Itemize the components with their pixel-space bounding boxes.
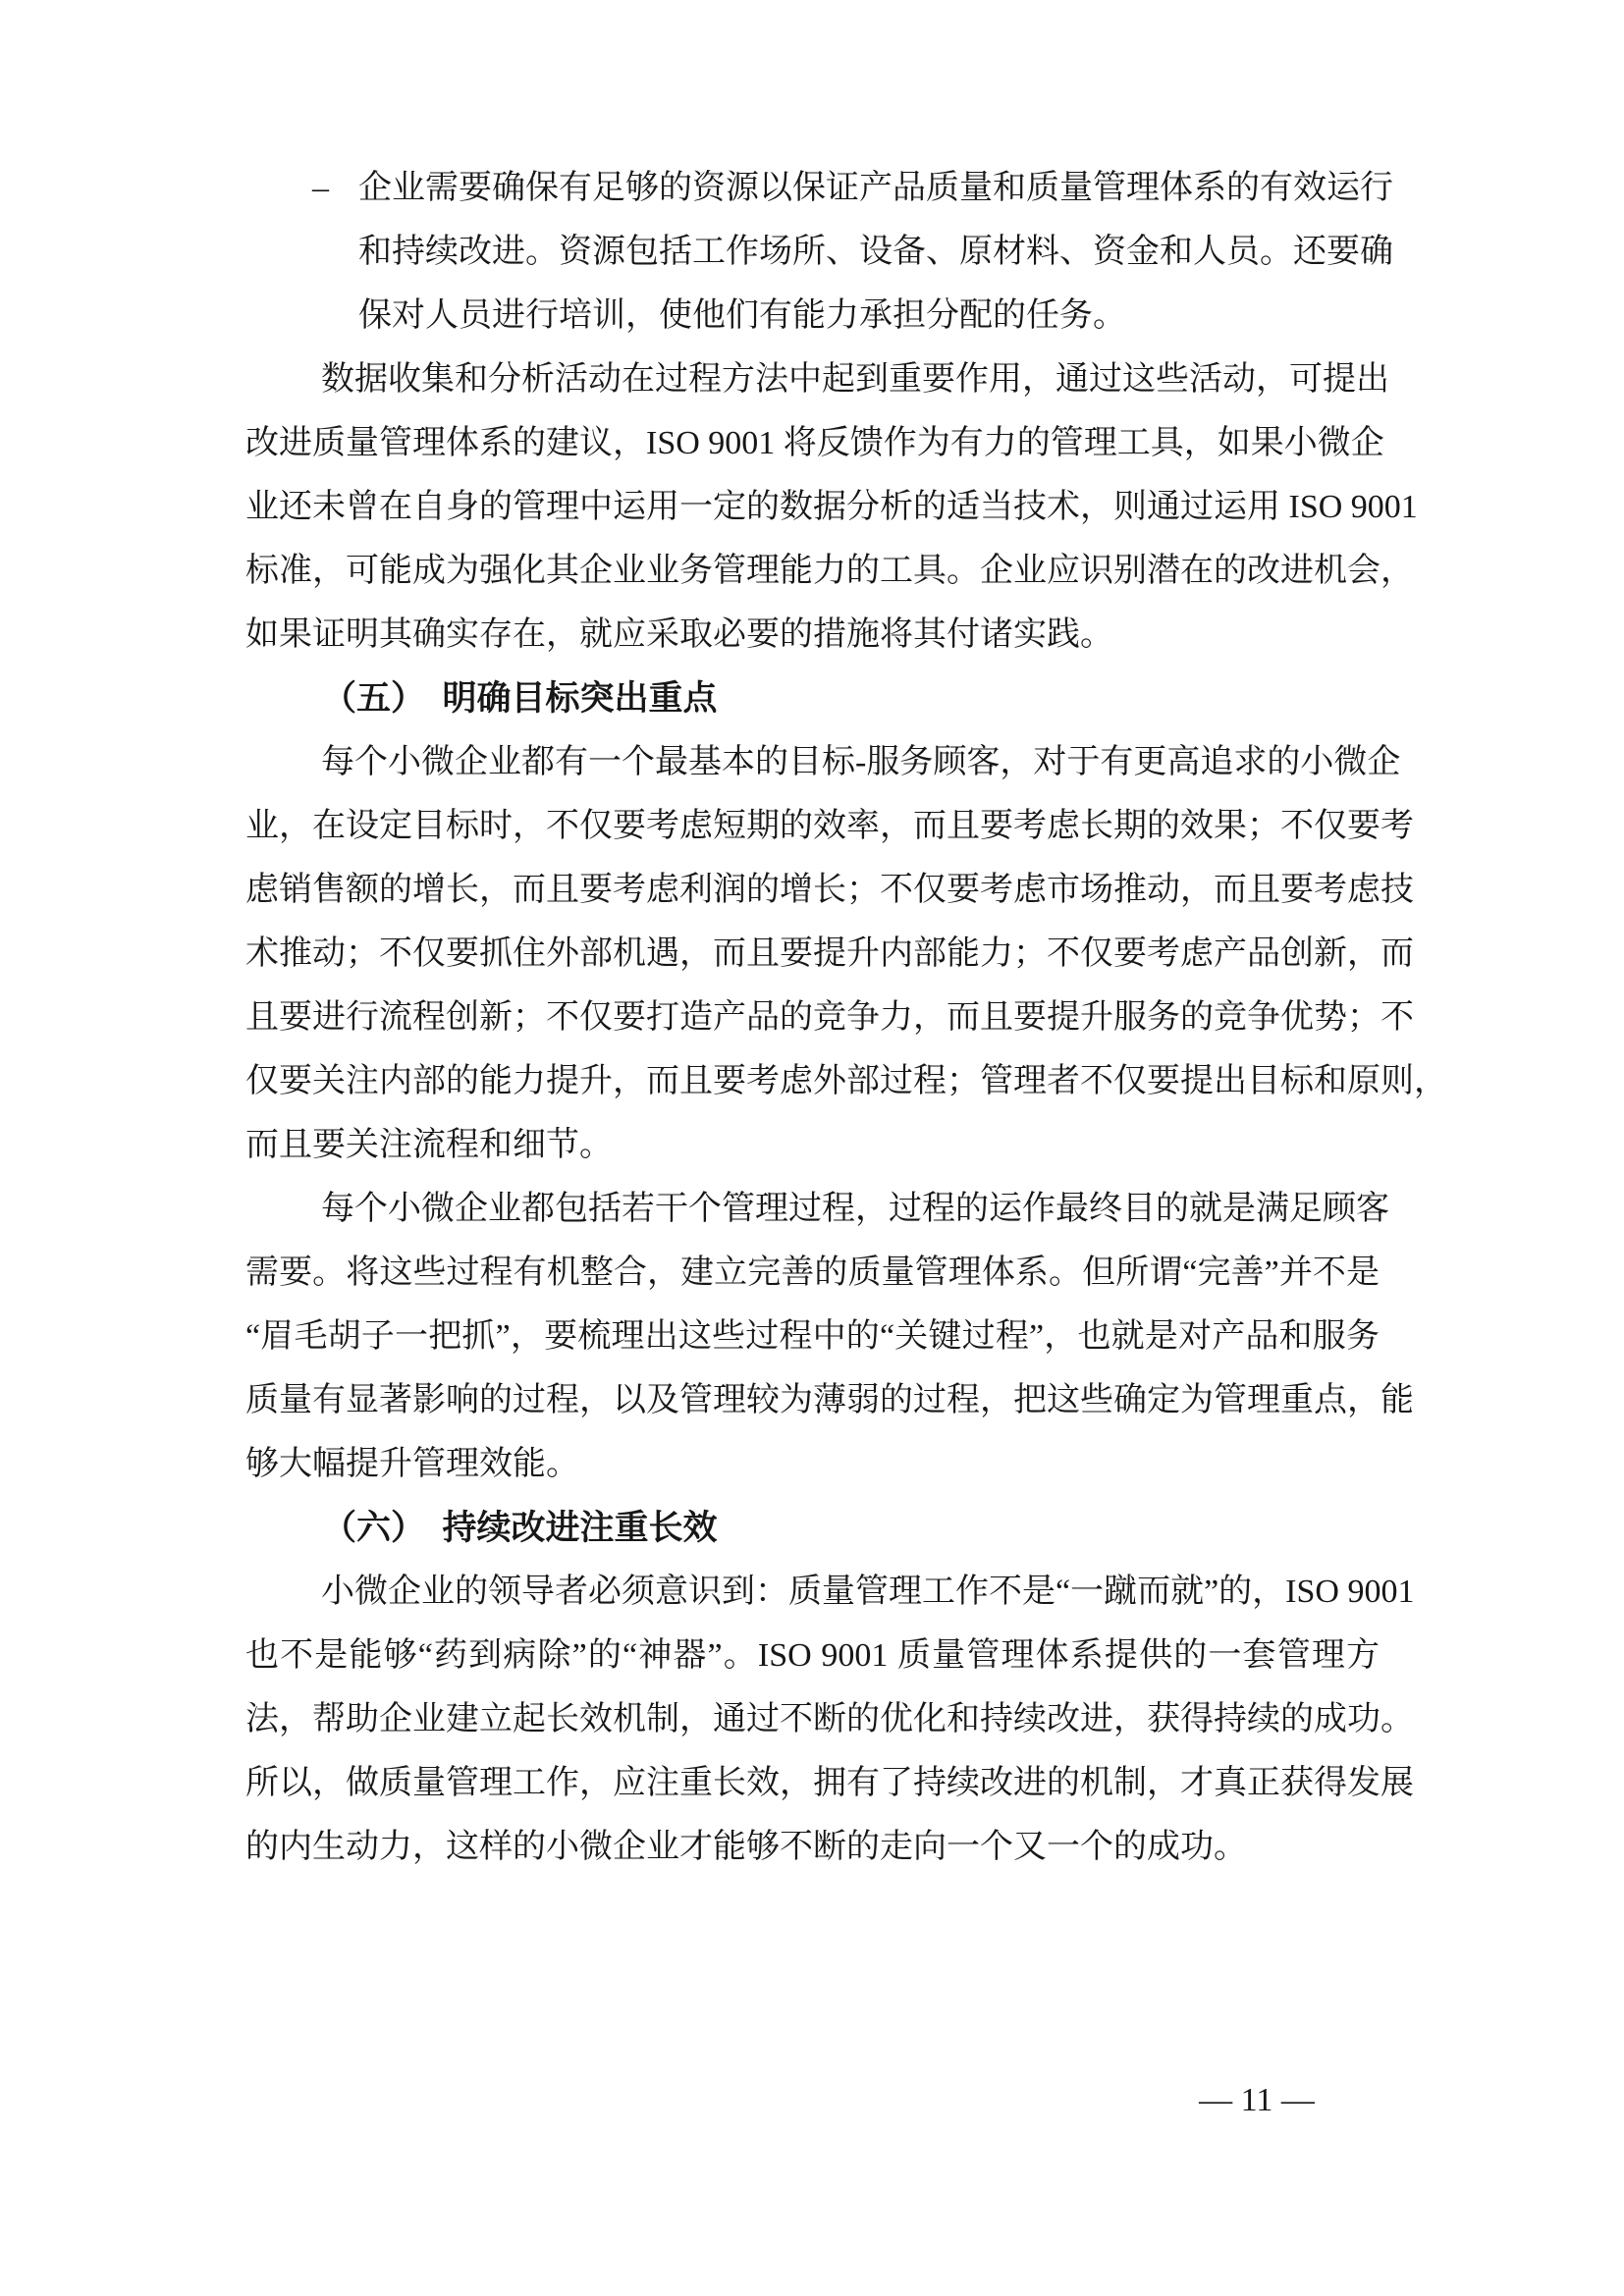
text-line: 的内生动力，这样的小微企业才能够不断的走向一个又一个的成功。 bbox=[245, 1815, 1380, 1879]
text-line: 且要进行流程创新；不仅要打造产品的竞争力，而且要提升服务的竞争优势；不 bbox=[245, 986, 1380, 1049]
bullet-dash-icon: – bbox=[312, 156, 329, 220]
text-line: 业还未曾在自身的管理中运用一定的数据分析的适当技术，则通过运用 ISO 9001 bbox=[245, 475, 1380, 539]
text-line: 如果证明其确实存在，就应采取必要的措施将其付诸实践。 bbox=[245, 603, 1380, 667]
text-line: 而且要关注流程和细节。 bbox=[245, 1113, 1380, 1177]
document-page: –企业需要确保有足够的资源以保证产品质量和质量管理体系的有效运行和持续改进。资源… bbox=[0, 0, 1624, 2296]
bullet-item: –企业需要确保有足够的资源以保证产品质量和质量管理体系的有效运行和持续改进。资源… bbox=[245, 156, 1380, 347]
section-heading: （六） 持续改进注重长效 bbox=[245, 1496, 1380, 1560]
page-number: — 11 — bbox=[1139, 2079, 1375, 2122]
text-line: 所以，做质量管理工作，应注重长效，拥有了持续改进的机制，才真正获得发展 bbox=[245, 1751, 1380, 1815]
text-line: 够大幅提升管理效能。 bbox=[245, 1432, 1380, 1496]
text-line: 改进质量管理体系的建议，ISO 9001 将反馈作为有力的管理工具，如果小微企 bbox=[245, 411, 1380, 475]
text-line: 质量有显著影响的过程，以及管理较为薄弱的过程，把这些确定为管理重点，能 bbox=[245, 1368, 1380, 1432]
text-line: 业，在设定目标时，不仅要考虑短期的效率，而且要考虑长期的效果；不仅要考 bbox=[245, 794, 1380, 858]
text-line: 法，帮助企业建立起长效机制，通过不断的优化和持续改进，获得持续的成功。 bbox=[245, 1687, 1380, 1751]
text-line: 标准，可能成为强化其企业业务管理能力的工具。企业应识别潜在的改进机会， bbox=[245, 539, 1380, 603]
paragraph: 每个小微企业都有一个最基本的目标-服务顾客，对于有更高追求的小微企业，在设定目标… bbox=[245, 730, 1380, 1177]
paragraph: 数据收集和分析活动在过程方法中起到重要作用，通过这些活动，可提出改进质量管理体系… bbox=[245, 347, 1380, 667]
text-line: 每个小微企业都包括若干个管理过程，过程的运作最终目的就是满足顾客 bbox=[245, 1177, 1380, 1241]
text-line: 每个小微企业都有一个最基本的目标-服务顾客，对于有更高追求的小微企 bbox=[245, 730, 1380, 794]
document-content: –企业需要确保有足够的资源以保证产品质量和质量管理体系的有效运行和持续改进。资源… bbox=[245, 156, 1380, 1879]
text-line: 企业需要确保有足够的资源以保证产品质量和质量管理体系的有效运行 bbox=[358, 156, 1380, 220]
text-line: 和持续改进。资源包括工作场所、设备、原材料、资金和人员。还要确 bbox=[358, 220, 1380, 284]
text-line: 也不是能够“药到病除”的“神器”。ISO 9001 质量管理体系提供的一套管理方 bbox=[245, 1624, 1380, 1687]
text-line: 数据收集和分析活动在过程方法中起到重要作用，通过这些活动，可提出 bbox=[245, 347, 1380, 411]
text-line: 术推动；不仅要抓住外部机遇，而且要提升内部能力；不仅要考虑产品创新，而 bbox=[245, 922, 1380, 986]
text-line: 虑销售额的增长，而且要考虑利润的增长；不仅要考虑市场推动，而且要考虑技 bbox=[245, 858, 1380, 922]
text-line: 保对人员进行培训，使他们有能力承担分配的任务。 bbox=[358, 284, 1380, 347]
paragraph: 每个小微企业都包括若干个管理过程，过程的运作最终目的就是满足顾客需要。将这些过程… bbox=[245, 1177, 1380, 1496]
text-line: 小微企业的领导者必须意识到：质量管理工作不是“一蹴而就”的，ISO 9001 bbox=[245, 1560, 1380, 1624]
paragraph: 小微企业的领导者必须意识到：质量管理工作不是“一蹴而就”的，ISO 9001也不… bbox=[245, 1560, 1380, 1879]
text-line: “眉毛胡子一把抓”，要梳理出这些过程中的“关键过程”，也就是对产品和服务 bbox=[245, 1305, 1380, 1368]
text-line: 需要。将这些过程有机整合，建立完善的质量管理体系。但所谓“完善”并不是 bbox=[245, 1241, 1380, 1305]
section-heading: （五） 明确目标突出重点 bbox=[245, 667, 1380, 730]
text-line: 仅要关注内部的能力提升，而且要考虑外部过程；管理者不仅要提出目标和原则， bbox=[245, 1049, 1380, 1113]
